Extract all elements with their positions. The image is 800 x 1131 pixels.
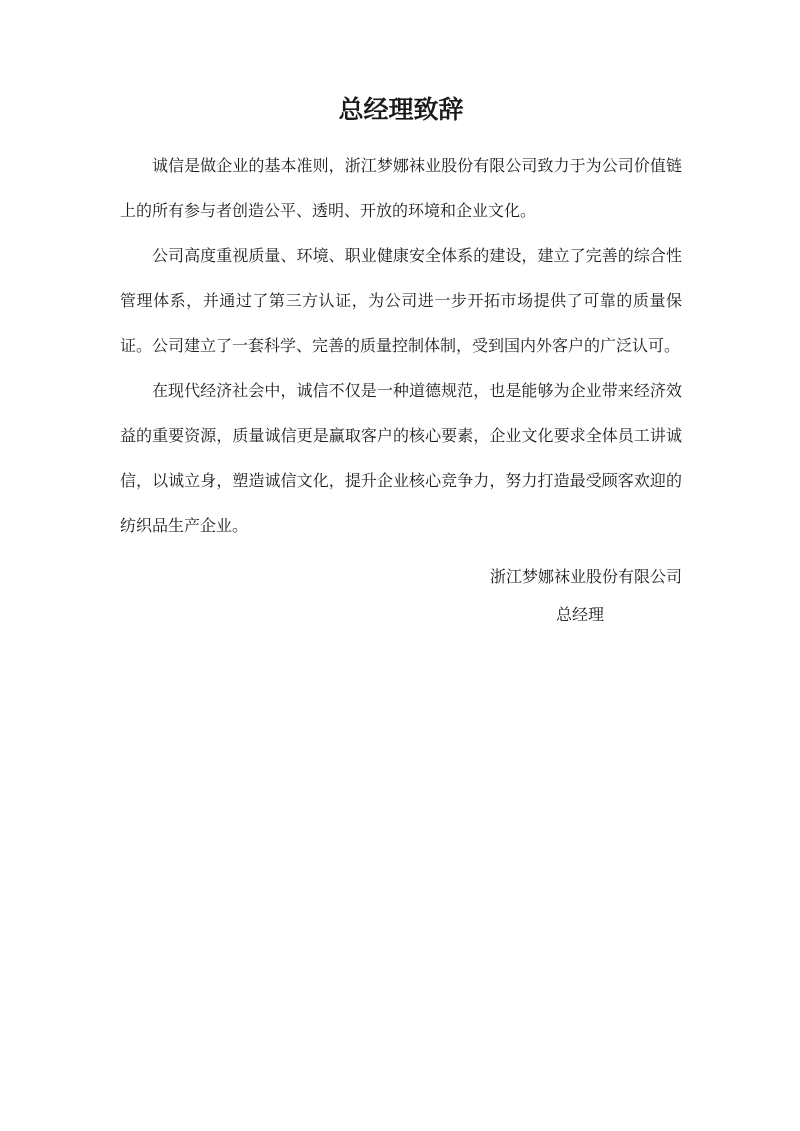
- paragraph-integrity-culture: 在现代经济社会中，诚信不仅是一种道德规范，也是能够为企业带来经济效益的重要资源，…: [120, 369, 682, 549]
- signature-block: 浙江梦娜袜业股份有限公司 总经理: [120, 559, 682, 635]
- paragraph-quality-systems: 公司高度重视质量、环境、职业健康安全体系的建设，建立了完善的综合性管理体系，并通…: [120, 234, 682, 369]
- document-title: 总经理致辞: [120, 90, 682, 130]
- document-page: 总经理致辞 诚信是做企业的基本准则，浙江梦娜袜业股份有限公司致力于为公司价值链上…: [0, 0, 800, 1131]
- signature-company-name: 浙江梦娜袜业股份有限公司: [120, 559, 682, 597]
- paragraph-integrity-principle: 诚信是做企业的基本准则，浙江梦娜袜业股份有限公司致力于为公司价值链上的所有参与者…: [120, 144, 682, 234]
- signature-role: 总经理: [120, 597, 682, 635]
